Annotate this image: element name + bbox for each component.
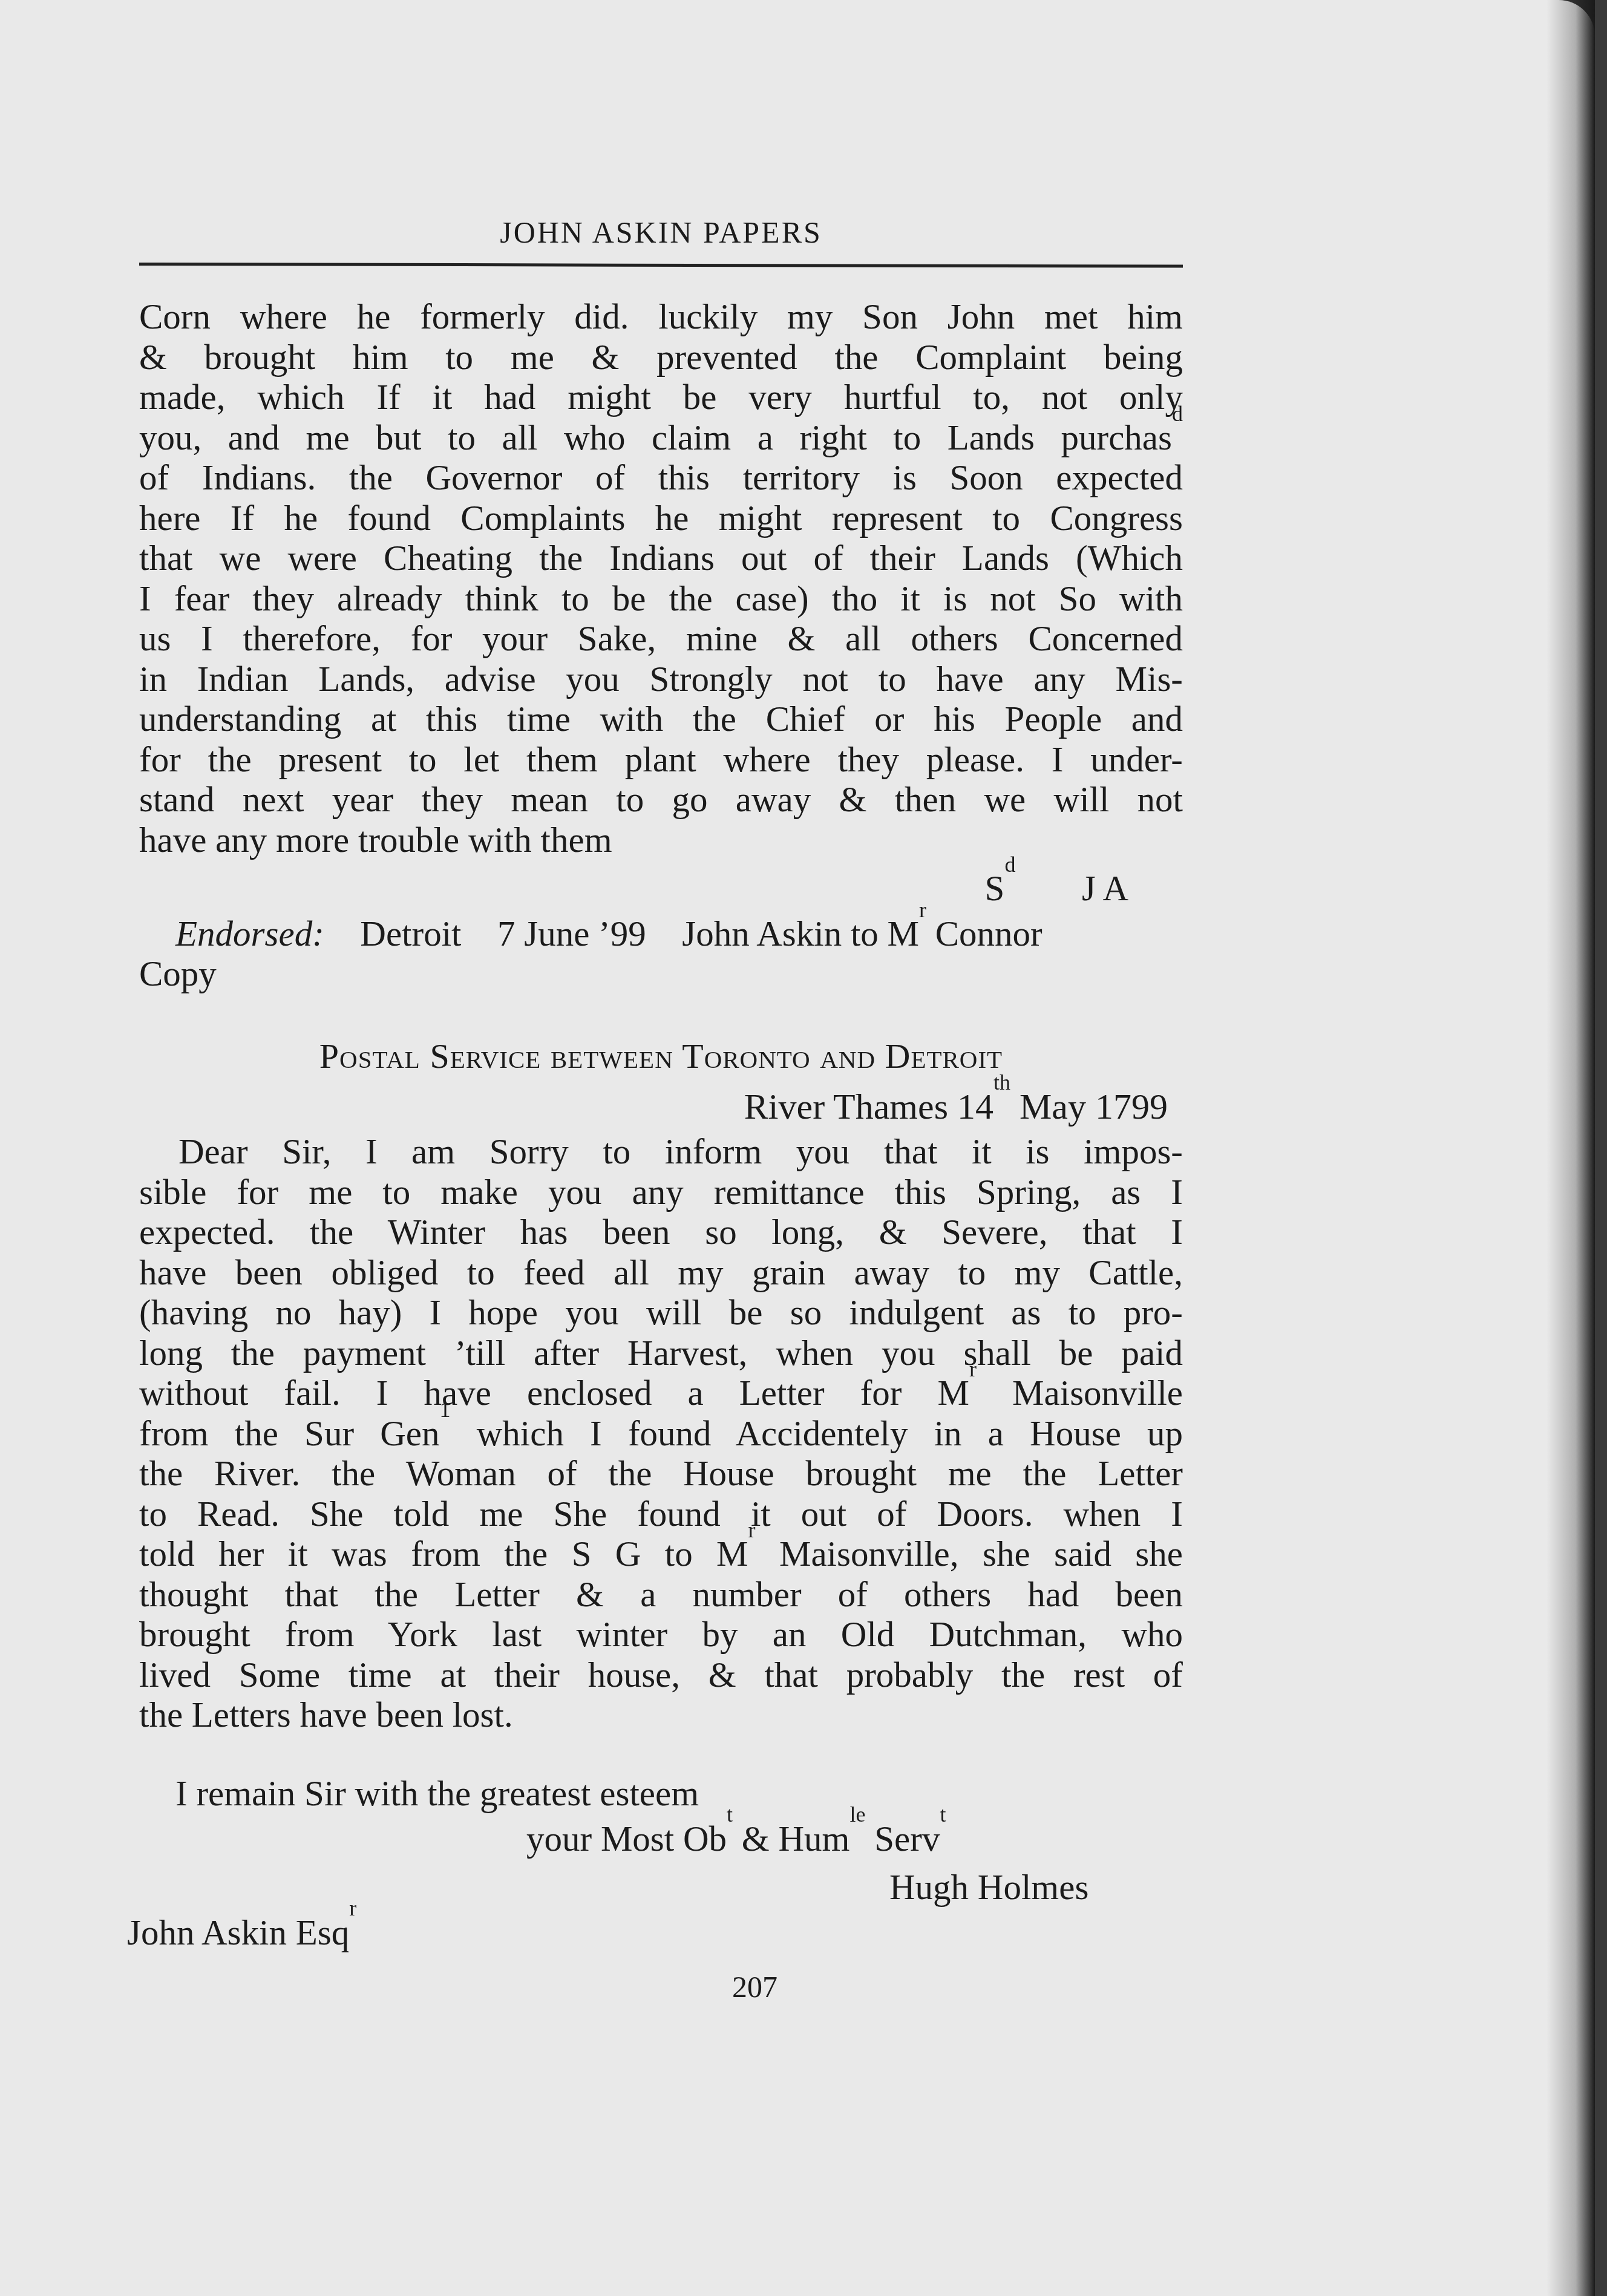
text-line: of Indians. the Governor of this territo… — [139, 457, 1183, 498]
text-line: have any more trouble with them — [139, 820, 1183, 860]
endorsed-label: Endorsed: — [175, 914, 324, 953]
text-line: the River. the Woman of the House brough… — [139, 1453, 1183, 1494]
superscript: t — [940, 1802, 946, 1827]
signer-name: Hugh Holmes — [889, 1866, 1088, 1908]
line-text: told her it was from the S G to M — [139, 1534, 748, 1574]
endorsed-names: John Askin to M — [682, 914, 919, 953]
signature-line: Sd J A — [139, 868, 1183, 909]
letter-2-dateline: River Thames 14th May 1799 — [139, 1086, 1168, 1128]
addressee-text: John Askin Esq — [127, 1912, 349, 1952]
superscript: r — [349, 1896, 356, 1920]
signature-initials: J A — [1082, 868, 1128, 908]
text-line: (having no hay) I hope you will be so in… — [139, 1292, 1183, 1333]
endorsement-line: Endorsed: Detroit 7 June ’99 John Askin … — [139, 914, 1183, 954]
text-line: have been obliged to feed all my grain a… — [139, 1252, 1183, 1293]
page-edge-shadow — [1546, 0, 1595, 2296]
dateline-text-rest: May 1799 — [1010, 1087, 1168, 1127]
text-line: told her it was from the S G to Mr Maiso… — [139, 1534, 1183, 1574]
text-line: to Read. She told me She found it out of… — [139, 1494, 1183, 1534]
superscript: r — [919, 898, 926, 922]
text-line: stand next year they mean to go away & t… — [139, 779, 1183, 820]
endorsed-date: 7 June ’99 — [497, 914, 646, 953]
text-line: expected. the Winter has been so long, &… — [139, 1212, 1183, 1252]
text-line: from the Sur Gen1 which I found Accident… — [139, 1413, 1183, 1454]
addressee: John Askin Esqr — [127, 1912, 356, 1954]
line-text: from the Sur Gen — [139, 1413, 440, 1453]
superscript: r — [748, 1518, 756, 1542]
dateline-text: River Thames 14 — [744, 1087, 993, 1127]
letter-1-body: Corn where he formerly did. luckily my S… — [139, 296, 1183, 994]
text-line: that we were Cheating the Indians out of… — [139, 538, 1183, 578]
text-line: I fear they already think to be the case… — [139, 578, 1183, 619]
text-line: in Indian Lands, advise you Strongly not… — [139, 659, 1183, 699]
text-line: long the payment ’till after Harvest, wh… — [139, 1333, 1183, 1373]
superscript: le — [850, 1802, 866, 1827]
text-line: sible for me to make you any remittance … — [139, 1172, 1183, 1212]
footnote-marker: 1 — [440, 1398, 451, 1422]
superscript: t — [727, 1802, 733, 1827]
closing-line: I remain Sir with the greatest esteem — [175, 1773, 699, 1814]
text-line: here If he found Complaints he might rep… — [139, 498, 1183, 538]
text-line: for the present to let them plant where … — [139, 739, 1183, 780]
endorsed-place: Detroit — [360, 914, 461, 953]
text-line: without fail. I have enclosed a Letter f… — [139, 1373, 1183, 1413]
book-page: JOHN ASKIN PAPERS Corn where he formerly… — [0, 0, 1595, 2296]
text-line: & brought him to me & prevented the Comp… — [139, 337, 1183, 378]
text-line: Dear Sir, I am Sorry to inform you that … — [139, 1131, 1183, 1172]
copy-note: Copy — [139, 953, 1183, 994]
valediction-text: & Hum — [733, 1819, 849, 1859]
section-title: Postal Service between Toronto and Detro… — [139, 1036, 1183, 1076]
valediction-text: your Most Ob — [526, 1819, 727, 1859]
text-line: Corn where he formerly did. luckily my S… — [139, 296, 1183, 337]
page-number: 207 — [732, 1969, 777, 2004]
superscript: r — [969, 1357, 977, 1381]
text-line: made, which If it had might be very hurt… — [139, 377, 1183, 417]
line-text-rest: Maisonville — [977, 1373, 1183, 1413]
text-line: understanding at this time with the Chie… — [139, 699, 1183, 739]
text-line: brought from York last winter by an Old … — [139, 1614, 1183, 1655]
text-line: thought that the Letter & a number of ot… — [139, 1574, 1183, 1615]
line-text-rest: Maisonville, she said she — [756, 1534, 1183, 1574]
running-head: JOHN ASKIN PAPERS — [139, 215, 1183, 250]
valediction-text: Serv — [865, 1819, 940, 1859]
line-text-rest: which I found Accidentely in a House up — [451, 1413, 1183, 1453]
text-line: lived Some time at their house, & that p… — [139, 1655, 1183, 1695]
superscript: d — [1004, 852, 1015, 877]
endorsed-names-rest: Connor — [926, 914, 1042, 953]
text-line: the Letters have been lost. — [139, 1695, 1183, 1735]
valediction: your Most Obt & Humle Servt — [526, 1818, 946, 1860]
line-text: you, and me but to all who claim a right… — [139, 417, 1172, 457]
header-rule — [139, 263, 1183, 268]
superscript: th — [993, 1070, 1010, 1094]
superscript: d — [1172, 402, 1183, 426]
letter-2-body: Dear Sir, I am Sorry to inform you that … — [139, 1131, 1183, 1735]
text-line: you, and me but to all who claim a right… — [139, 417, 1183, 458]
signed-abbrev: S — [985, 868, 1005, 908]
text-line: us I therefore, for your Sake, mine & al… — [139, 618, 1183, 659]
line-text: without fail. I have enclosed a Letter f… — [139, 1373, 969, 1413]
